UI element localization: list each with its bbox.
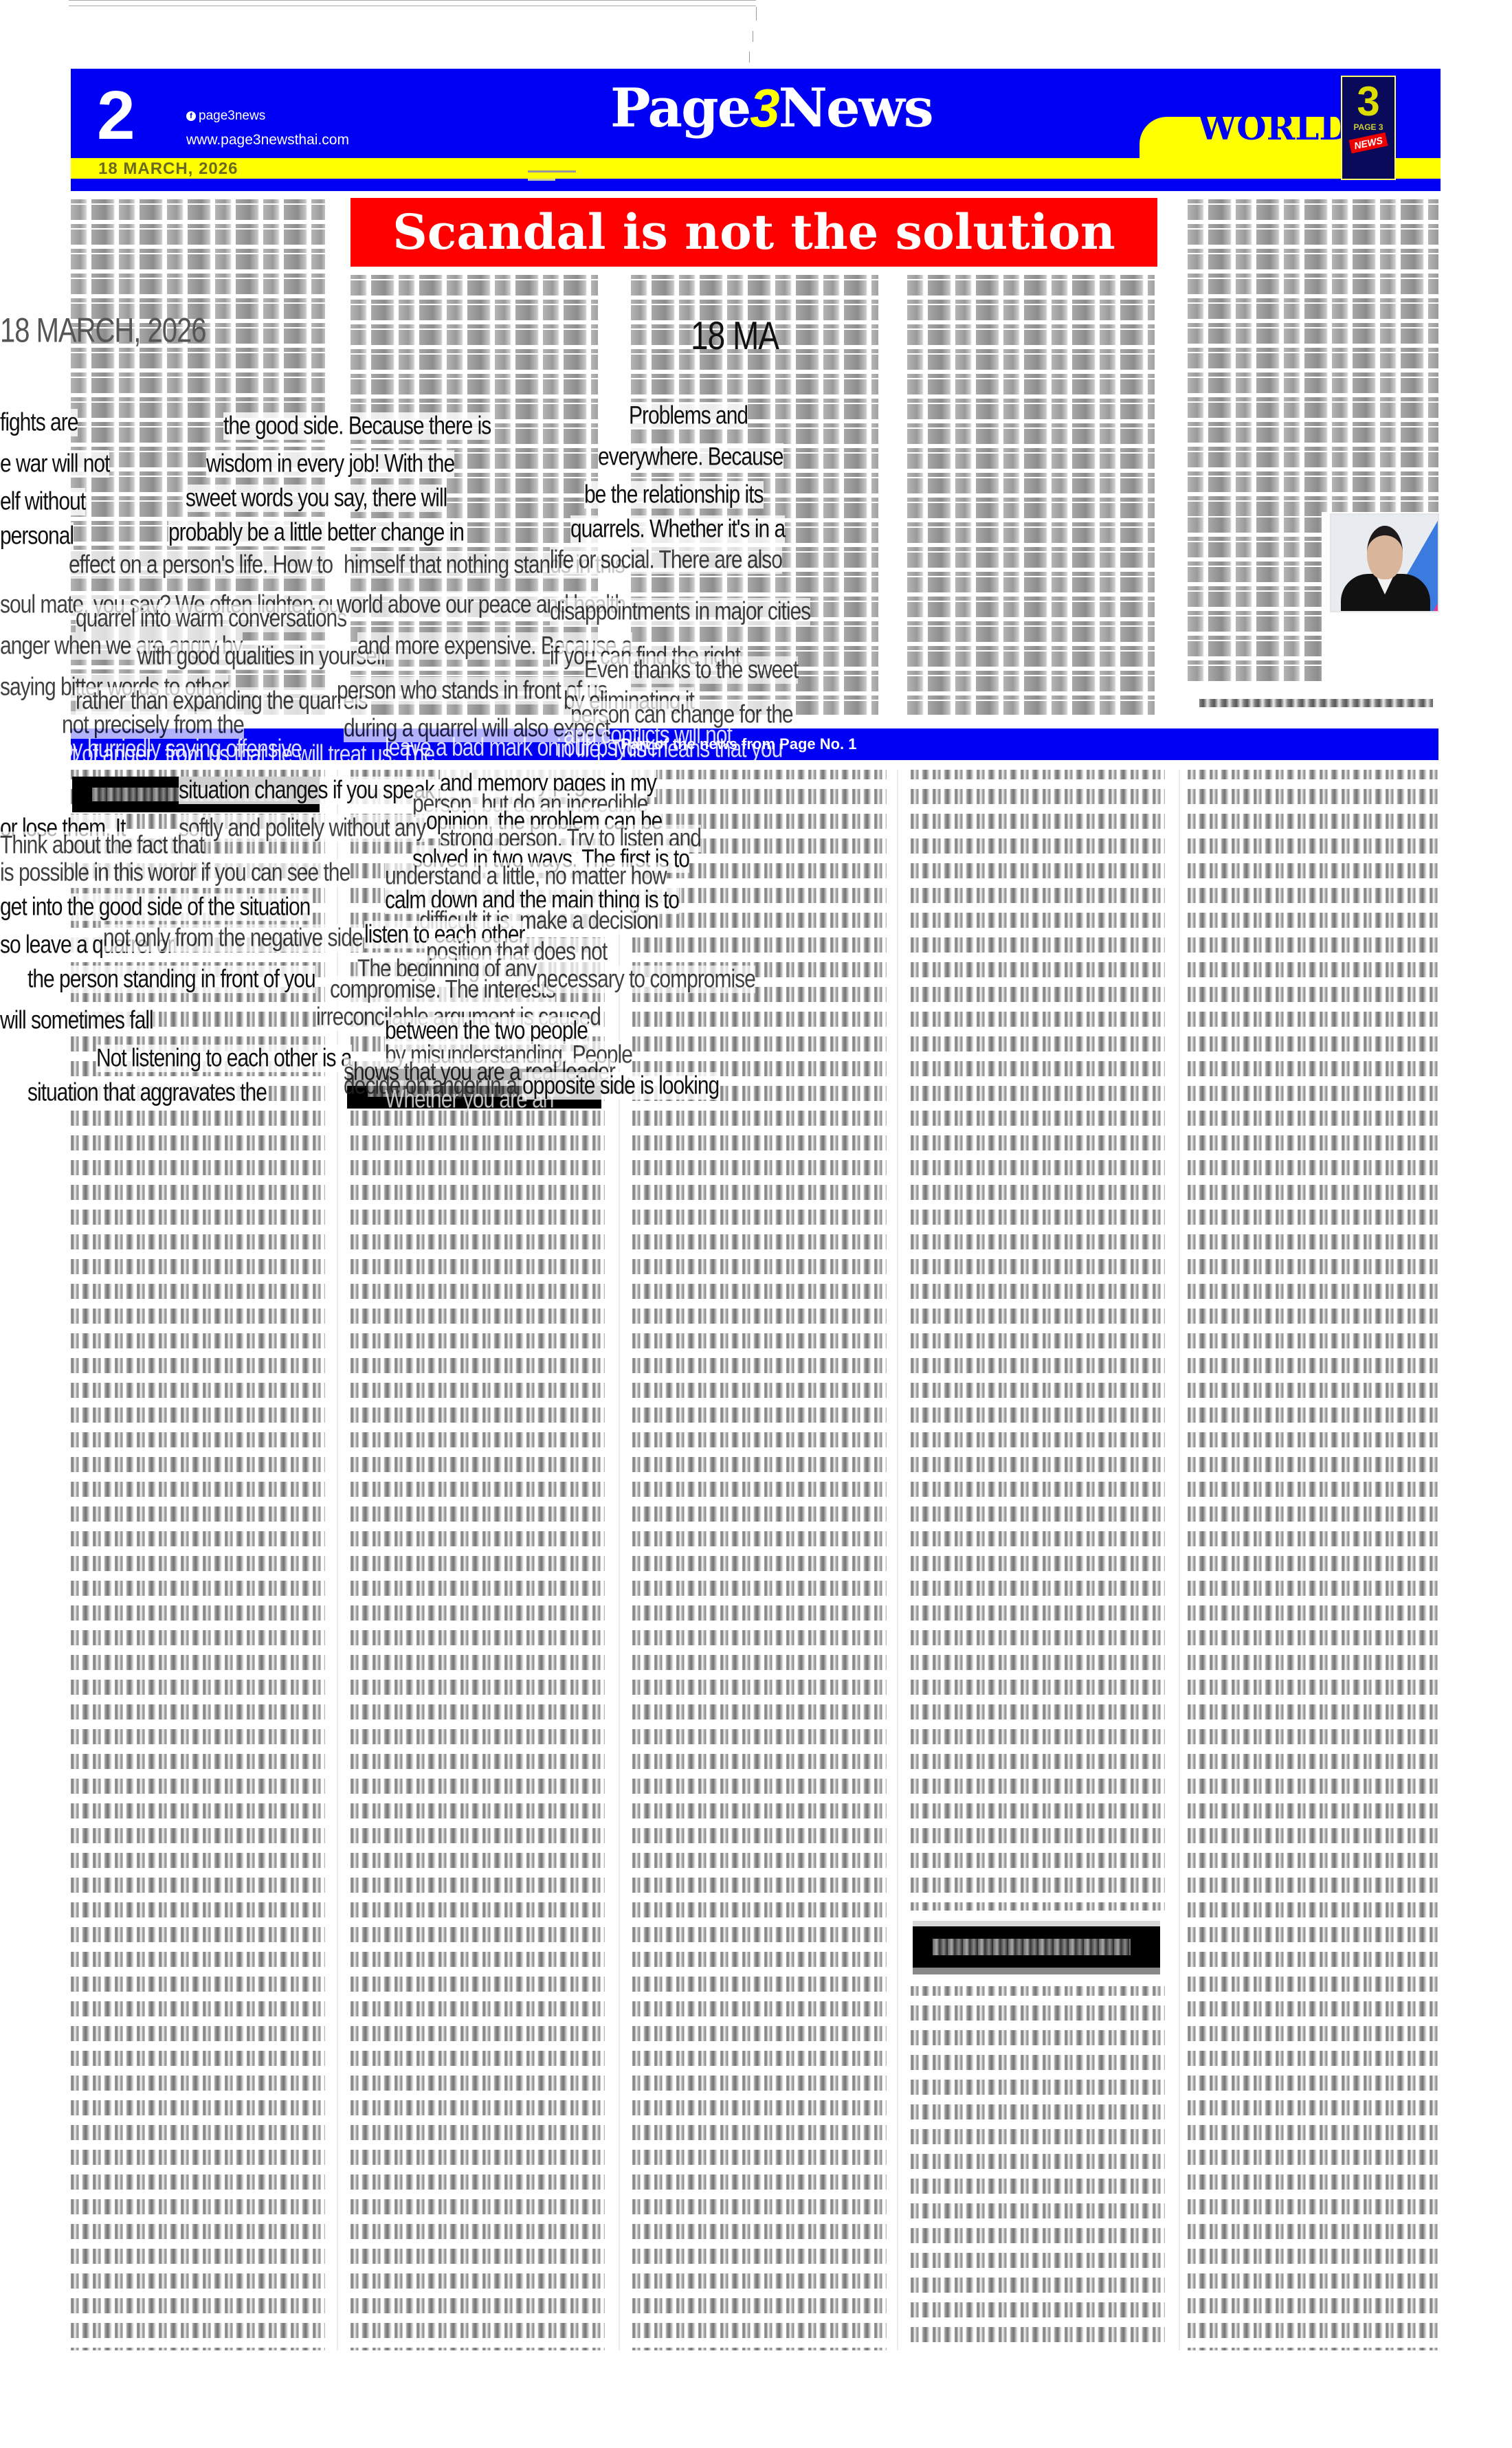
overlay-text: quarrels. Whether it's in a	[570, 515, 785, 542]
column-divider	[1179, 770, 1180, 2350]
author-face	[1367, 526, 1403, 579]
continued-column-4	[911, 770, 1165, 1911]
overlay-text: compromise. The interests	[330, 976, 555, 1003]
overlay-text: opposite side is looking	[522, 1072, 719, 1099]
overlay-text: the good side. Because there is	[223, 412, 491, 439]
overlay-text: let us out of anger	[0, 741, 152, 768]
facebook-link[interactable]: f page3news	[186, 109, 265, 124]
continued-column-4b	[911, 1986, 1165, 2350]
column-divider	[897, 770, 898, 2350]
scan-edge-line	[69, 5, 756, 6]
overlay-date: 18 MARCH, 2026	[0, 313, 205, 349]
article-headline: Scandal is not the solution	[351, 198, 1157, 267]
article-column-5	[1188, 199, 1438, 512]
overlay-text: life or social. There are also	[550, 546, 782, 573]
overlay-text: probably be a little better change in	[168, 519, 464, 546]
article-column-4	[907, 275, 1155, 715]
continued-column-3	[632, 770, 887, 2350]
overlay-text: sweet words you say, there will	[186, 485, 447, 511]
article-column-5-wrap	[1188, 512, 1322, 684]
page-number: 2	[97, 81, 135, 150]
overlay-date-fragment: 18 MA	[691, 315, 779, 356]
overlay-text: or if you can see the	[179, 859, 350, 886]
subheadline-block	[913, 1921, 1160, 1974]
overlay-text: fights are	[0, 409, 78, 436]
overlay-text: effect on a person's life. How to	[69, 551, 333, 578]
badge-number: 3	[1342, 81, 1394, 122]
overlay-text: Even thanks to the sweet	[584, 656, 798, 683]
overlay-text: not only from the negative side	[103, 924, 363, 951]
facebook-handle: page3news	[199, 109, 265, 124]
logo-text-page: Page	[610, 77, 750, 140]
overlay-text: is possible in this world	[0, 859, 194, 886]
column-divider	[619, 770, 620, 2350]
issue-date: 18 MARCH, 2026	[98, 159, 238, 179]
overlay-text: situation that aggravates the	[27, 1079, 267, 1106]
logo-text-news: News	[779, 77, 933, 140]
overlay-text: get into the good side of the situation	[0, 893, 310, 920]
micro-text	[528, 179, 555, 181]
dashed-guide	[756, 7, 757, 21]
overlay-text: with good qualities in yourself	[137, 643, 386, 669]
overlay-text: from us that he will treat us. The	[165, 741, 434, 768]
continued-column-5	[1188, 770, 1438, 2350]
overlay-text: everywhere. Because	[598, 443, 783, 470]
micro-text	[528, 170, 576, 173]
overlay-text: Think about the fact that	[0, 832, 204, 858]
overlay-text: Not listening to each other is a	[96, 1045, 352, 1071]
masthead: 2 f page3news www.page3newsthai.com 18 M…	[71, 69, 1441, 191]
overlay-text: be the relationship its	[584, 481, 764, 508]
overlay-text: will sometimes fall	[0, 1007, 153, 1034]
page3-badge: 3 PAGE 3 NEWS	[1341, 76, 1396, 180]
overlay-text: necessary to compromise	[536, 966, 755, 992]
logo-number: 3	[750, 78, 778, 138]
overlay-text: the person standing in front of you	[27, 966, 315, 992]
overlay-text: Problems and	[629, 402, 748, 429]
overlay-text: elf without	[0, 488, 85, 515]
overlay-text: personal	[0, 522, 74, 549]
overlay-text: quarrel into warm conversations	[76, 605, 346, 632]
badge-ribbon: NEWS	[1349, 133, 1388, 154]
author-photo	[1330, 513, 1439, 612]
overlay-text: softly and politely without any	[179, 814, 425, 841]
scan-edge-line	[69, 0, 756, 1]
website-link[interactable]: www.page3newsthai.com	[186, 132, 349, 148]
badge-label: PAGE 3	[1342, 122, 1394, 132]
dashed-guide	[753, 31, 753, 42]
newspaper-logo[interactable]: Page3News	[610, 77, 933, 140]
overlay-text: e war will not	[0, 450, 109, 477]
dashed-guide	[749, 52, 750, 63]
overlay-text: situation changes if you speak	[179, 777, 434, 803]
author-caption	[1199, 699, 1433, 707]
overlay-text: wisdom in every job! With the	[206, 450, 454, 477]
overlay-text: disappointments in major cities	[550, 598, 810, 625]
section-label: WORLD	[1198, 107, 1349, 148]
facebook-icon: f	[186, 111, 196, 121]
